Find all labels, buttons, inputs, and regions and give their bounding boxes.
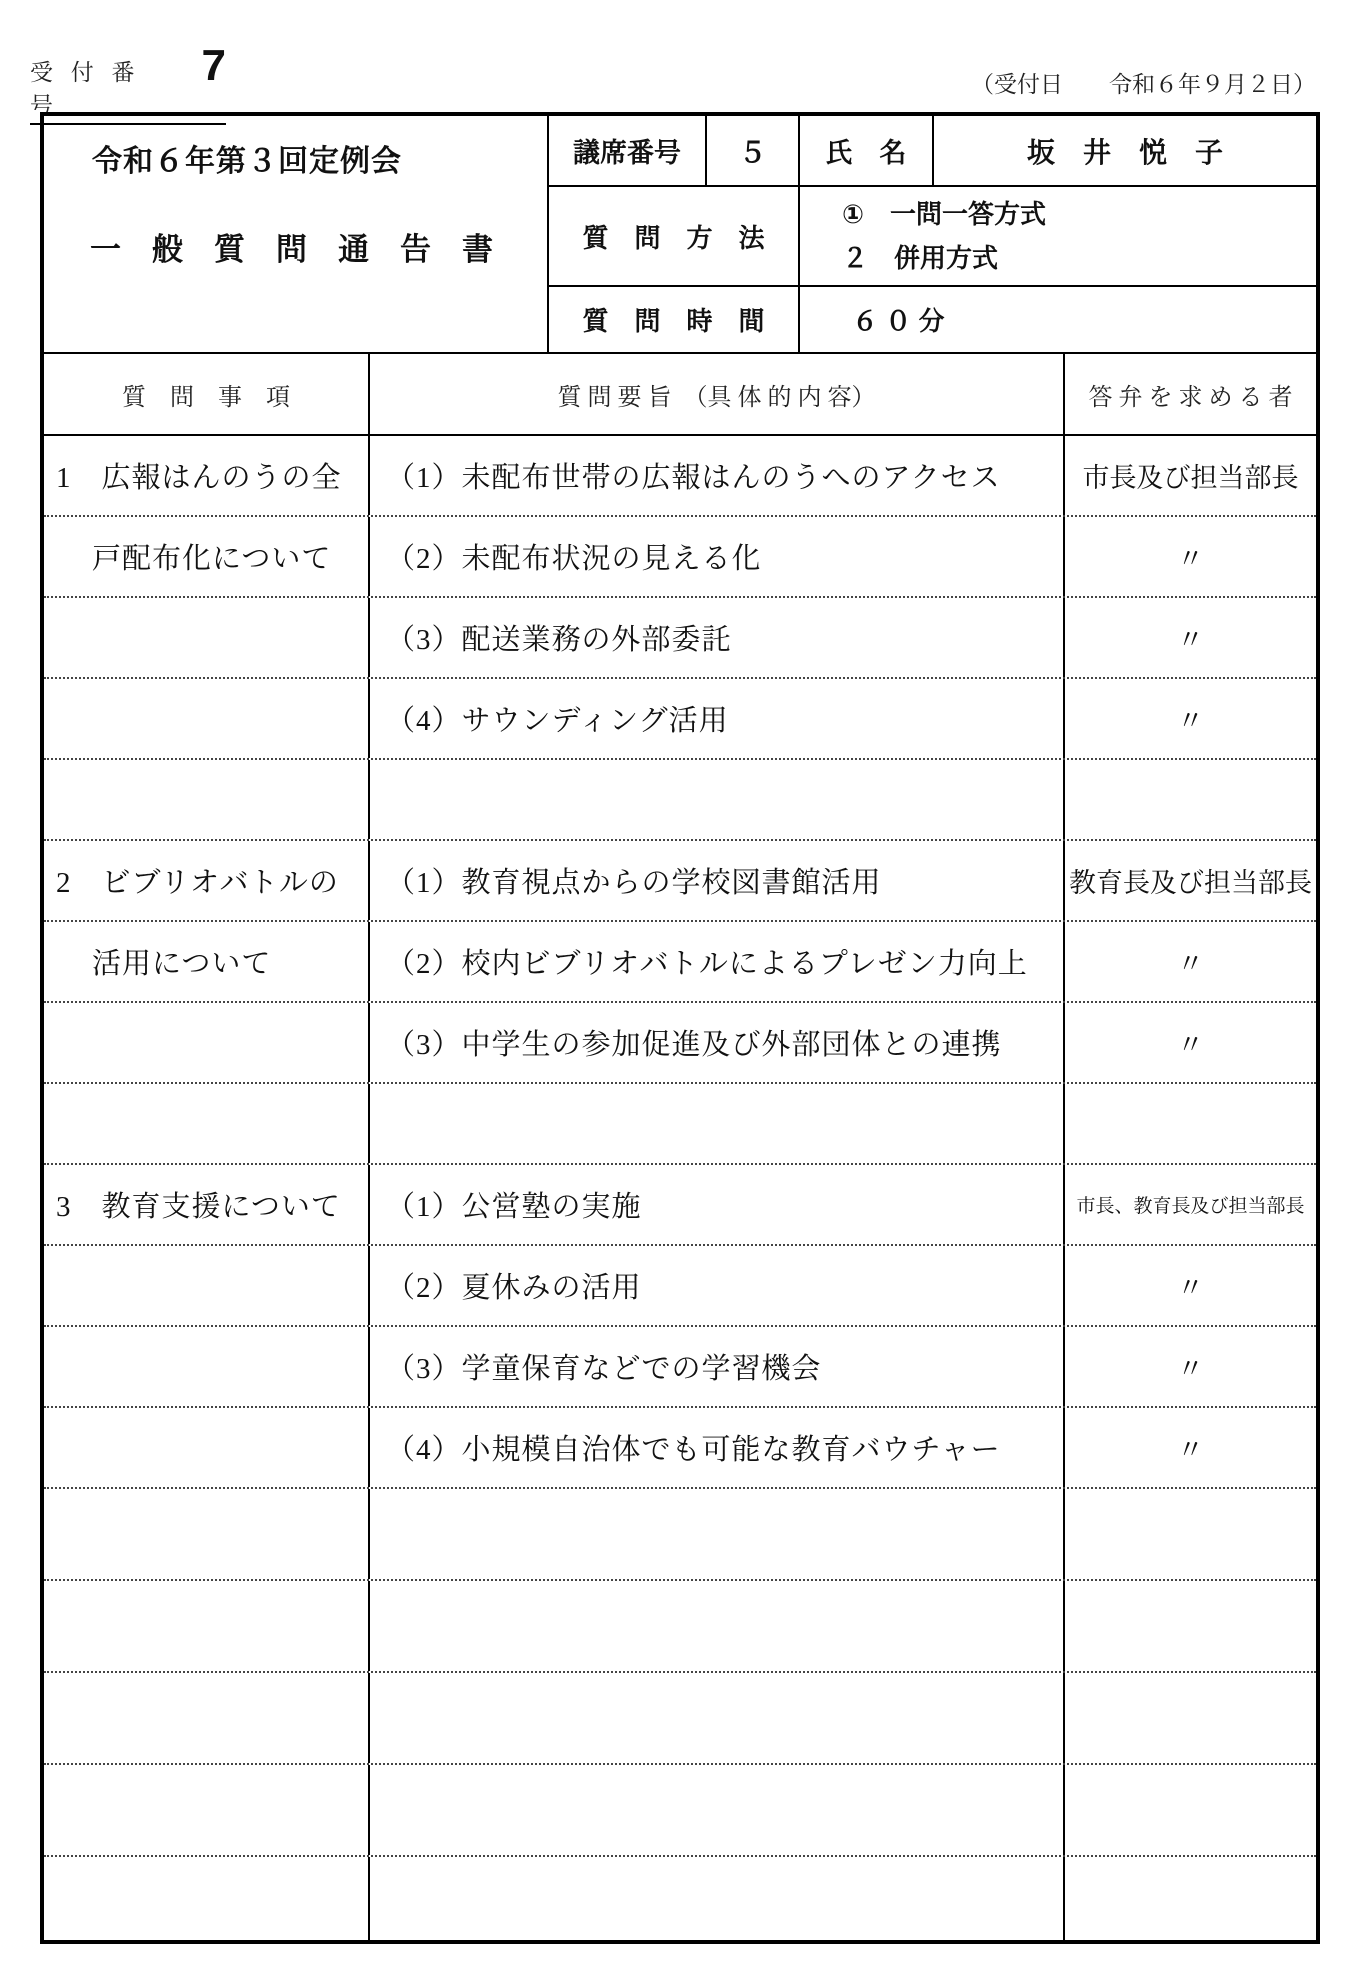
question-item-cell: 戸配布化について	[44, 517, 370, 596]
question-item-cell: 活用について	[44, 922, 370, 1001]
question-method-value: ① 一問一答方式 ２ 併用方式	[800, 187, 1316, 287]
method-option-2: ２ 併用方式	[842, 236, 1316, 280]
table-row: 活用について （2）校内ビブリオバトルによるプレゼン力向上 〃	[44, 922, 1316, 1003]
question-item-cell: 2 ビブリオバトルの	[44, 841, 370, 920]
notice-form-table: 令和６年第３回定例会 一 般 質 問 通 告 書 議席番号 ５ 氏 名 坂 井 …	[40, 112, 1320, 1944]
seat-number-label: 議席番号	[549, 116, 707, 187]
column-header-answerer: 答 弁 を 求 め る 者	[1065, 354, 1316, 434]
question-summary-cell	[370, 760, 1065, 839]
form-header: 令和６年第３回定例会 一 般 質 問 通 告 書 議席番号 ５ 氏 名 坂 井 …	[44, 116, 1316, 354]
table-row: 1 広報はんのうの全 （1）未配布世帯の広報はんのうへのアクセス 市長及び担当部…	[44, 436, 1316, 517]
answerer-cell: 〃	[1065, 679, 1316, 758]
answerer-cell: 〃	[1065, 1408, 1316, 1487]
table-row: 2 ビブリオバトルの （1）教育視点からの学校図書館活用 教育長及び担当部長	[44, 841, 1316, 922]
question-method-label: 質 問 方 法	[549, 187, 800, 287]
question-time-value: ６ ０ 分	[800, 287, 1316, 352]
receipt-number-value: 7	[202, 44, 226, 88]
question-summary-cell: （4）サウンディング活用	[370, 679, 1065, 758]
question-item-cell	[44, 1857, 370, 1940]
question-item-cell	[44, 679, 370, 758]
answerer-cell: 〃	[1065, 598, 1316, 677]
table-row: 3 教育支援について （1）公営塾の実施 市長、教育長及び担当部長	[44, 1165, 1316, 1246]
answerer-cell: 〃	[1065, 517, 1316, 596]
seat-number-value: ５	[707, 116, 800, 187]
answerer-cell: 〃	[1065, 1246, 1316, 1325]
column-headers: 質 問 事 項 質 問 要 旨 （具 体 的 内 容） 答 弁 を 求 め る …	[44, 354, 1316, 436]
question-item-cell	[44, 1246, 370, 1325]
question-table-body: 1 広報はんのうの全 （1）未配布世帯の広報はんのうへのアクセス 市長及び担当部…	[44, 436, 1316, 1940]
question-summary-cell	[370, 1489, 1065, 1579]
answerer-cell: 〃	[1065, 922, 1316, 1001]
answerer-cell	[1065, 1857, 1316, 1940]
question-summary-cell: （3）配送業務の外部委託	[370, 598, 1065, 677]
question-summary-cell: （2）未配布状況の見える化	[370, 517, 1065, 596]
question-item-cell	[44, 760, 370, 839]
answerer-cell: 〃	[1065, 1327, 1316, 1406]
question-summary-cell	[370, 1673, 1065, 1763]
form-title: 一 般 質 問 通 告 書	[90, 224, 547, 269]
question-summary-cell: （2）夏休みの活用	[370, 1246, 1065, 1325]
question-item-cell	[44, 1084, 370, 1163]
answerer-cell	[1065, 1673, 1316, 1763]
question-item-cell	[44, 1327, 370, 1406]
answerer-cell: 市長、教育長及び担当部長	[1065, 1165, 1316, 1244]
question-item-cell	[44, 1489, 370, 1579]
table-row	[44, 1857, 1316, 1940]
method-option-1: ① 一問一答方式	[842, 192, 1316, 236]
table-row	[44, 1581, 1316, 1673]
question-summary-cell: （1）未配布世帯の広報はんのうへのアクセス	[370, 436, 1065, 515]
question-summary-cell: （3）中学生の参加促進及び外部団体との連携	[370, 1003, 1065, 1082]
table-row	[44, 760, 1316, 841]
document-page: 受 付 番 号 7 （受付日 令和６年９月２日） 令和６年第３回定例会 一 般 …	[0, 0, 1360, 1966]
question-summary-cell: （4）小規模自治体でも可能な教育バウチャー	[370, 1408, 1065, 1487]
table-row: （3）学童保育などでの学習機会 〃	[44, 1327, 1316, 1408]
question-item-cell	[44, 1765, 370, 1855]
answerer-cell	[1065, 1489, 1316, 1579]
table-row: （4）サウンディング活用 〃	[44, 679, 1316, 760]
question-summary-cell: （1）教育視点からの学校図書館活用	[370, 841, 1065, 920]
answerer-cell	[1065, 1765, 1316, 1855]
table-row: （3）中学生の参加促進及び外部団体との連携 〃	[44, 1003, 1316, 1084]
question-summary-cell	[370, 1581, 1065, 1671]
form-title-cell: 令和６年第３回定例会 一 般 質 問 通 告 書	[44, 116, 549, 352]
table-row: （4）小規模自治体でも可能な教育バウチャー 〃	[44, 1408, 1316, 1489]
table-row: （3）配送業務の外部委託 〃	[44, 598, 1316, 679]
answerer-cell: 〃	[1065, 1003, 1316, 1082]
column-header-item: 質 問 事 項	[44, 354, 370, 434]
question-time-label: 質 問 時 間	[549, 287, 800, 352]
question-summary-cell	[370, 1084, 1065, 1163]
answerer-cell	[1065, 1581, 1316, 1671]
table-row: （2）夏休みの活用 〃	[44, 1246, 1316, 1327]
column-header-summary: 質 問 要 旨 （具 体 的 内 容）	[370, 354, 1065, 434]
question-item-cell: 1 広報はんのうの全	[44, 436, 370, 515]
table-row	[44, 1765, 1316, 1857]
question-item-cell: 3 教育支援について	[44, 1165, 370, 1244]
session-title: 令和６年第３回定例会	[92, 136, 547, 180]
table-row	[44, 1084, 1316, 1165]
question-item-cell	[44, 1003, 370, 1082]
question-item-cell	[44, 598, 370, 677]
answerer-cell: 市長及び担当部長	[1065, 436, 1316, 515]
name-label: 氏 名	[800, 116, 934, 187]
receipt-date: （受付日 令和６年９月２日）	[971, 66, 1316, 99]
question-item-cell	[44, 1408, 370, 1487]
answerer-cell	[1065, 760, 1316, 839]
question-summary-cell: （3）学童保育などでの学習機会	[370, 1327, 1065, 1406]
answerer-cell: 教育長及び担当部長	[1065, 841, 1316, 920]
question-item-cell	[44, 1581, 370, 1671]
answerer-cell	[1065, 1084, 1316, 1163]
question-item-cell	[44, 1673, 370, 1763]
table-row: 戸配布化について （2）未配布状況の見える化 〃	[44, 517, 1316, 598]
receipt-number-label: 受 付 番 号	[30, 54, 176, 120]
question-summary-cell: （1）公営塾の実施	[370, 1165, 1065, 1244]
table-row	[44, 1673, 1316, 1765]
question-summary-cell: （2）校内ビブリオバトルによるプレゼン力向上	[370, 922, 1065, 1001]
question-summary-cell	[370, 1765, 1065, 1855]
question-summary-cell	[370, 1857, 1065, 1940]
member-name: 坂 井 悦 子	[934, 116, 1316, 187]
table-row	[44, 1489, 1316, 1581]
